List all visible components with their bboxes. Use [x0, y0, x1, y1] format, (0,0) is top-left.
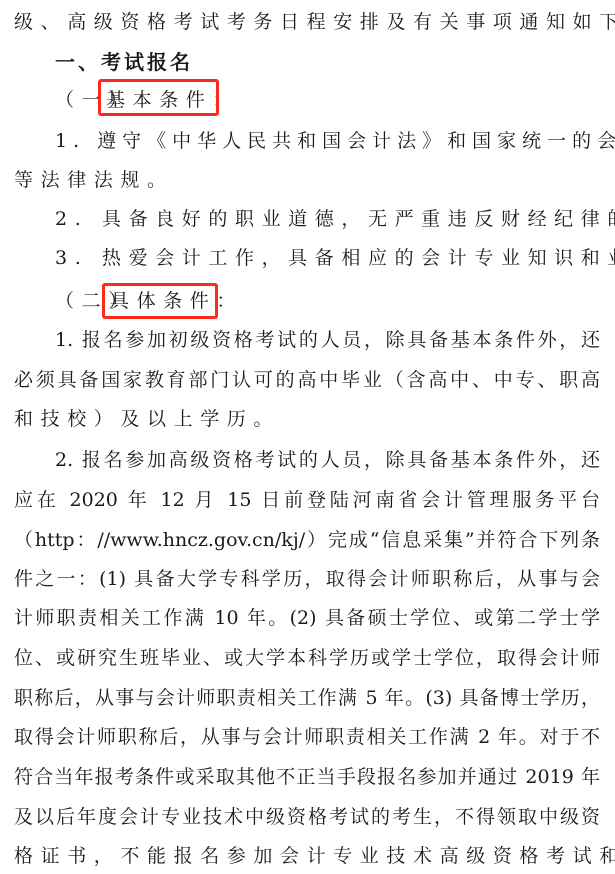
basic-condition-2: 2. 具备良好的职业道德，无严重违反财经纪律的行为。	[55, 204, 615, 234]
specific-condition-2-line-7: 职称后，从事与会计师职责相关工作满 5 年。(3) 具备博士学历，	[14, 683, 600, 713]
specific-condition-2-line-10: 及以后年度会计专业技术中级资格考试的考生，不得领取中级资	[14, 802, 600, 832]
specific-condition-2-line-8: 取得会计师职称后，从事与会计师职责相关工作满 2 年。对于不	[14, 722, 600, 752]
highlight-box-basic-conditions	[98, 79, 219, 116]
specific-condition-2-line-2: 应在 2020 年 12 月 15 日前登陆河南省会计管理服务平台	[14, 485, 600, 515]
basic-condition-3: 3. 热爱会计工作，具备相应的会计专业知识和业务技能。	[55, 243, 615, 273]
specific-condition-2-line-3: （http：//www.hncz.gov.cn/kj/）完成“信息采集”并符合下…	[14, 525, 600, 555]
section-heading-exam-registration: 一、考试报名	[55, 47, 193, 77]
highlight-box-specific-conditions	[102, 283, 218, 319]
specific-condition-2-line-5: 计师职责相关工作满 10 年。(2) 具备硕士学位、或第二学士学	[14, 603, 600, 633]
specific-condition-1-line-3: 和技校）及以上学历。	[14, 404, 280, 434]
specific-condition-2-line-11: 格证书，不能报名参加会计专业技术高级资格考试和评审。	[14, 841, 615, 871]
specific-condition-2-line-4: 件之一：(1) 具备大学专科学历，取得会计师职称后，从事与会	[14, 564, 600, 594]
specific-condition-2-line-6: 位、或研究生班毕业、或大学本科学历或学士学位，取得会计师	[14, 643, 600, 673]
specific-condition-1-line-1: 1. 报名参加初级资格考试的人员，除具备基本条件外，还	[55, 325, 600, 355]
intro-line: 级、高级资格考试考务日程安排及有关事项通知如下：	[14, 7, 600, 37]
basic-condition-1-line-1: 1. 遵守《中华人民共和国会计法》和国家统一的会计制度	[55, 126, 600, 156]
specific-condition-2-line-1: 2. 报名参加高级资格考试的人员，除具备基本条件外，还	[55, 445, 600, 475]
specific-condition-1-line-2: 必须具备国家教育部门认可的高中毕业（含高中、中专、职高	[14, 365, 600, 395]
specific-condition-2-line-9: 符合当年报考条件或采取其他不正当手段报名参加并通过 2019 年	[14, 762, 600, 792]
basic-condition-1-line-2: 等法律法规。	[14, 165, 174, 195]
